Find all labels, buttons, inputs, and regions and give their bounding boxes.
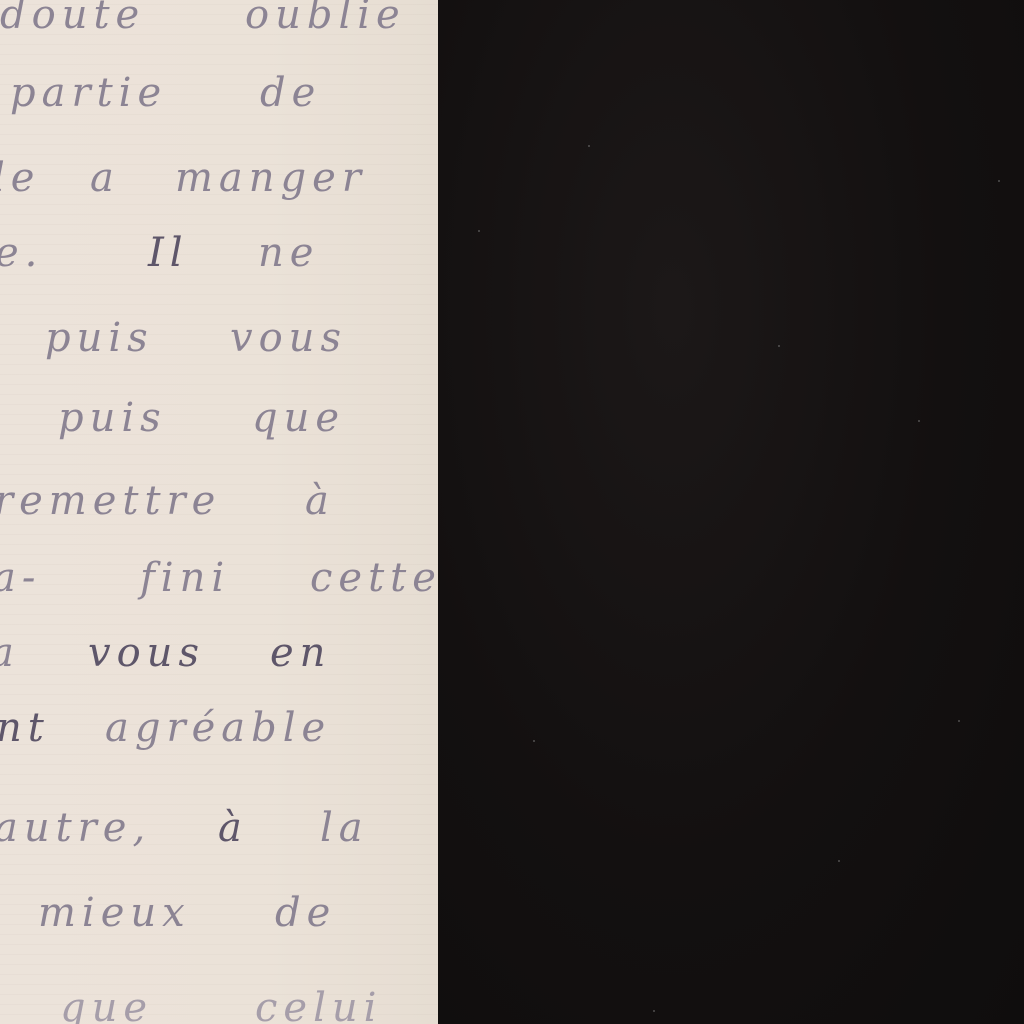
dust-speck	[998, 180, 1000, 182]
letter-page: doute oublie partie de le a manger e. Il…	[0, 0, 438, 1024]
dust-speck	[958, 720, 960, 722]
word: agréable	[105, 705, 331, 751]
word: puis	[45, 315, 154, 361]
word: celui	[255, 985, 382, 1024]
dust-speck	[588, 145, 590, 147]
word: vous	[230, 315, 347, 361]
word: nt	[0, 705, 50, 751]
word: que	[60, 985, 153, 1024]
word: Il	[148, 230, 189, 276]
word: a	[0, 630, 20, 676]
dust-speck	[838, 860, 840, 862]
dust-speck	[533, 740, 535, 742]
word: cette	[310, 555, 442, 601]
dark-background	[438, 0, 1024, 1024]
word: la	[320, 805, 369, 851]
word: en	[270, 630, 331, 676]
word: autre,	[0, 805, 151, 851]
word: puis	[58, 395, 167, 441]
word: que	[252, 395, 345, 441]
word: manger	[175, 155, 367, 201]
word: ne	[258, 230, 319, 276]
word: e.	[0, 230, 43, 276]
word: à	[218, 805, 248, 851]
word: mieux	[38, 890, 191, 936]
word: oublie	[245, 0, 406, 38]
word: a-	[0, 555, 41, 601]
word: de	[275, 890, 336, 936]
word: fini	[140, 555, 230, 601]
word: de	[260, 70, 321, 116]
dust-speck	[478, 230, 480, 232]
word: vous	[88, 630, 205, 676]
word: le	[0, 155, 40, 201]
dust-speck	[918, 420, 920, 422]
dust-speck	[778, 345, 780, 347]
word: partie	[10, 70, 167, 116]
word: à	[305, 478, 335, 524]
word: doute	[0, 0, 145, 38]
dust-speck	[653, 1010, 655, 1012]
word: remettre	[0, 478, 221, 524]
word: a	[90, 155, 120, 201]
